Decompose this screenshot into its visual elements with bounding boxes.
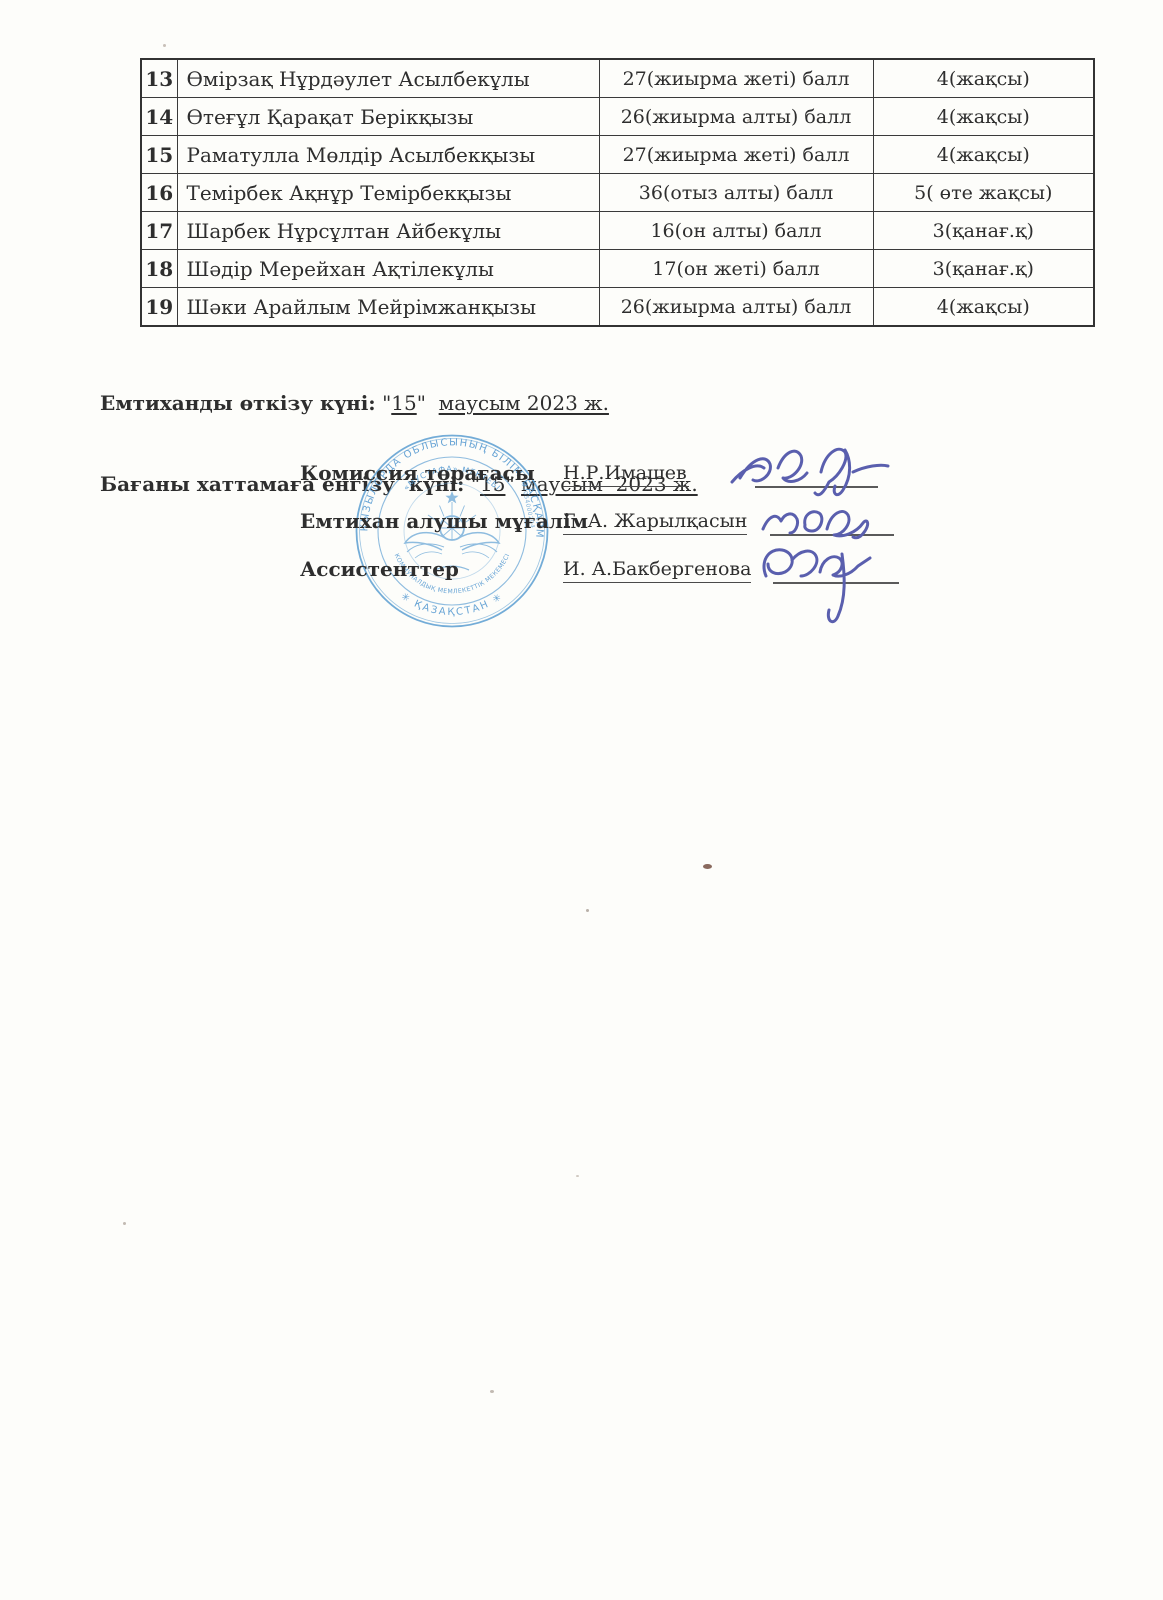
table-row: 15 Раматулла Мөлдір Асылбекқызы 27(жиырм… bbox=[141, 136, 1094, 174]
table-row: 13 Өмірзақ Нұрдәулет Асылбекұлы 27(жиырм… bbox=[141, 59, 1094, 98]
scan-speck bbox=[586, 909, 589, 912]
table-row: 17 Шарбек Нұрсұлтан Айбекұлы 16(он алты)… bbox=[141, 212, 1094, 250]
role-commission-chair: Комиссия төрағасы bbox=[300, 461, 535, 485]
student-name: Темірбек Ақнұр Темірбекқызы bbox=[177, 174, 599, 212]
score-cell: 27(жиырма жеті) балл bbox=[599, 59, 873, 98]
name-commission-chair: Н.Р.Имашев bbox=[563, 462, 689, 487]
grade-cell: 4(жақсы) bbox=[873, 288, 1094, 327]
handwritten-signature-3 bbox=[752, 536, 902, 626]
scan-speck bbox=[703, 864, 712, 869]
row-number: 15 bbox=[141, 136, 177, 174]
name-examining-teacher: Г. А. Жарылқасын bbox=[563, 510, 747, 535]
row-number: 17 bbox=[141, 212, 177, 250]
grade-cell: 5( өте жақсы) bbox=[873, 174, 1094, 212]
role-examining-teacher: Емтихан алушы мұғалім bbox=[300, 509, 588, 533]
score-cell: 27(жиырма жеті) балл bbox=[599, 136, 873, 174]
grade-cell: 3(қанағ.қ) bbox=[873, 212, 1094, 250]
grade-cell: 4(жақсы) bbox=[873, 136, 1094, 174]
exam-date-label: Емтиханды өткізу күні: bbox=[100, 391, 376, 415]
row-number: 14 bbox=[141, 98, 177, 136]
table-row: 14 Өтеғұл Қарақат Берікқызы 26(жиырма ал… bbox=[141, 98, 1094, 136]
score-cell: 26(жиырма алты) балл bbox=[599, 98, 873, 136]
row-number: 13 bbox=[141, 59, 177, 98]
student-name: Шарбек Нұрсұлтан Айбекұлы bbox=[177, 212, 599, 250]
scan-speck bbox=[576, 1175, 579, 1177]
table-row: 19 Шәки Арайлым Мейрімжанқызы 26(жиырма … bbox=[141, 288, 1094, 327]
row-number: 18 bbox=[141, 250, 177, 288]
name-assistant: И. А.Бакбергенова bbox=[563, 558, 751, 583]
student-name: Раматулла Мөлдір Асылбекқызы bbox=[177, 136, 599, 174]
student-name: Өтеғұл Қарақат Берікқызы bbox=[177, 98, 599, 136]
handwritten-signature-1 bbox=[728, 432, 893, 504]
exam-date-month-year: маусым 2023 ж. bbox=[439, 391, 609, 415]
scan-speck bbox=[747, 119, 750, 122]
scan-speck bbox=[163, 44, 166, 47]
score-cell: 26(жиырма алты) балл bbox=[599, 288, 873, 327]
grade-cell: 3(қанағ.қ) bbox=[873, 250, 1094, 288]
scan-speck bbox=[490, 1390, 494, 1393]
grade-table: 13 Өмірзақ Нұрдәулет Асылбекұлы 27(жиырм… bbox=[140, 58, 1095, 327]
student-name: Шәдір Мерейхан Ақтілекұлы bbox=[177, 250, 599, 288]
score-cell: 36(отыз алты) балл bbox=[599, 174, 873, 212]
exam-date-line: Емтиханды өткізу күні: "15" маусым 2023 … bbox=[100, 390, 698, 417]
role-assistants: Ассистенттер bbox=[300, 557, 459, 581]
exam-date-day: 15 bbox=[391, 391, 416, 415]
student-name: Шәки Арайлым Мейрімжанқызы bbox=[177, 288, 599, 327]
scanned-page: 13 Өмірзақ Нұрдәулет Асылбекұлы 27(жиырм… bbox=[0, 0, 1163, 1600]
score-cell: 16(он алты) балл bbox=[599, 212, 873, 250]
student-name: Өмірзақ Нұрдәулет Асылбекұлы bbox=[177, 59, 599, 98]
row-number: 16 bbox=[141, 174, 177, 212]
grade-cell: 4(жақсы) bbox=[873, 98, 1094, 136]
scan-speck bbox=[123, 1222, 126, 1225]
table-row: 16 Темірбек Ақнұр Темірбекқызы 36(отыз а… bbox=[141, 174, 1094, 212]
grade-cell: 4(жақсы) bbox=[873, 59, 1094, 98]
table-row: 18 Шәдір Мерейхан Ақтілекұлы 17(он жеті)… bbox=[141, 250, 1094, 288]
row-number: 19 bbox=[141, 288, 177, 327]
score-cell: 17(он жеті) балл bbox=[599, 250, 873, 288]
